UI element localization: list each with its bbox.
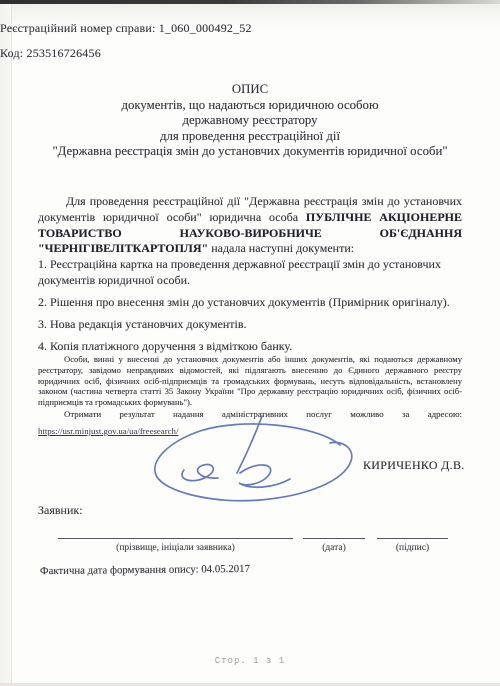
document-list-item-4: 4. Копія платіжного доручення з відмітко… [38,339,462,355]
applicant-signature-line [377,538,448,539]
legal-notice: Особи, винні у внесенні до установчих до… [38,354,462,408]
document-list-item-3: 3. Нова редакція установчих документів. [38,317,462,333]
title-subtitle-line-3: для проведення реєстраційної дії [30,129,470,145]
title-subtitle-line-4: "Державна реєстрація змін до установчих … [30,144,470,160]
applicant-signature-caption: (підпис) [377,543,448,553]
registrar-name: КИРИЧЕНКО Д.В. [363,458,465,473]
file-code-line: Код: 253516726456 [0,46,455,61]
applicant-label: Заявник: [38,503,83,519]
formation-date-line: Фактична дата формування опису: 04.05.20… [40,563,250,577]
title-block: ОПИС документів, що надаються юридичною … [30,82,470,160]
title-subtitle-line-1: документів, що надаються юридичною особо… [30,98,470,114]
page-footer: Стор. 1 з 1 [0,656,500,666]
applicant-name-caption: (прізвище, ініціали заявника) [58,543,293,553]
scanned-document-page: Реєстраційний номер справи: 1_060_000492… [0,0,500,686]
registration-number-line: Реєстраційний номер справи: 1_060_000492… [0,21,462,36]
scan-left-edge [0,4,12,686]
applicant-name-line [58,538,293,539]
applicant-date-line [303,538,365,539]
document-list-item-1: 1. Реєстраційна картка на проведення дер… [38,257,462,289]
document-title: ОПИС [30,82,470,98]
intro-paragraph: Для проведення реєстраційної дії "Держав… [38,194,462,257]
title-subtitle-line-2: державному реєстратору [30,113,470,129]
intro-text-after: надала наступні документи: [208,241,354,255]
registrar-signature-scribble [142,413,372,511]
applicant-date-caption: (дата) [303,543,365,553]
document-list-item-2: 2. Рішення про внесення змін до установч… [38,295,462,311]
